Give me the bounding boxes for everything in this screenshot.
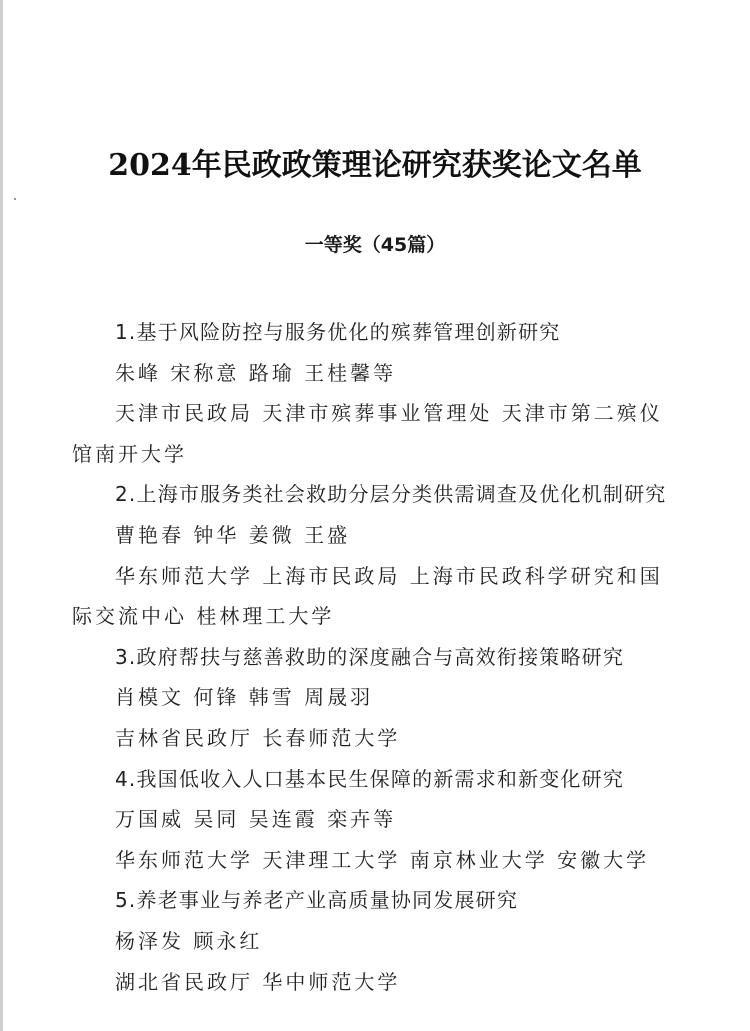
paper-institutions: 华东师范大学 上海市民政局 上海市民政科学研究和国际交流中心 桂林理工大学 [72,556,676,637]
paper-institutions: 天津市民政局 天津市殡葬事业管理处 天津市第二殡仪馆南开大学 [72,393,676,474]
award-entry-2: 2.上海市服务类社会救助分层分类供需调查及优化机制研究 曹艳春 钟华 姜微 王盛… [72,474,676,636]
paper-authors: 杨泽发 顾永红 [72,921,676,962]
section-title-first-prize: 一等奖（45篇） [0,230,750,257]
paper-authors: 朱峰 宋称意 路瑜 王桂馨等 [72,353,676,394]
paper-title: 5.养老事业与养老产业高质量协同发展研究 [72,880,676,921]
paper-authors: 曹艳春 钟华 姜微 王盛 [72,515,676,556]
award-entry-1: 1.基于风险防控与服务优化的殡葬管理创新研究 朱峰 宋称意 路瑜 王桂馨等 天津… [72,312,676,474]
paper-title: 3.政府帮扶与慈善救助的深度融合与高效衔接策略研究 [72,637,676,678]
award-entry-5: 5.养老事业与养老产业高质量协同发展研究 杨泽发 顾永红 湖北省民政厅 华中师范… [72,880,676,1002]
paper-institutions: 吉林省民政厅 长春师范大学 [72,718,676,759]
award-list: 1.基于风险防控与服务优化的殡葬管理创新研究 朱峰 宋称意 路瑜 王桂馨等 天津… [72,312,676,1002]
document-title: 2024年民政政策理论研究获奖论文名单 [0,140,750,184]
paper-authors: 万国威 吴同 吴连霞 栾卉等 [72,799,676,840]
award-entry-3: 3.政府帮扶与慈善救助的深度融合与高效衔接策略研究 肖模文 何锋 韩雪 周晟羽 … [72,637,676,759]
paper-title: 2.上海市服务类社会救助分层分类供需调查及优化机制研究 [72,474,676,515]
paper-institutions: 湖北省民政厅 华中师范大学 [72,962,676,1003]
paper-title: 1.基于风险防控与服务优化的殡葬管理创新研究 [72,312,676,353]
award-entry-4: 4.我国低收入人口基本民生保障的新需求和新变化研究 万国威 吴同 吴连霞 栾卉等… [72,759,676,881]
paper-institutions: 华东师范大学 天津理工大学 南京林业大学 安徽大学 [72,840,676,881]
paper-authors: 肖模文 何锋 韩雪 周晟羽 [72,677,676,718]
paper-title: 4.我国低收入人口基本民生保障的新需求和新变化研究 [72,759,676,800]
scan-speck [14,198,16,200]
